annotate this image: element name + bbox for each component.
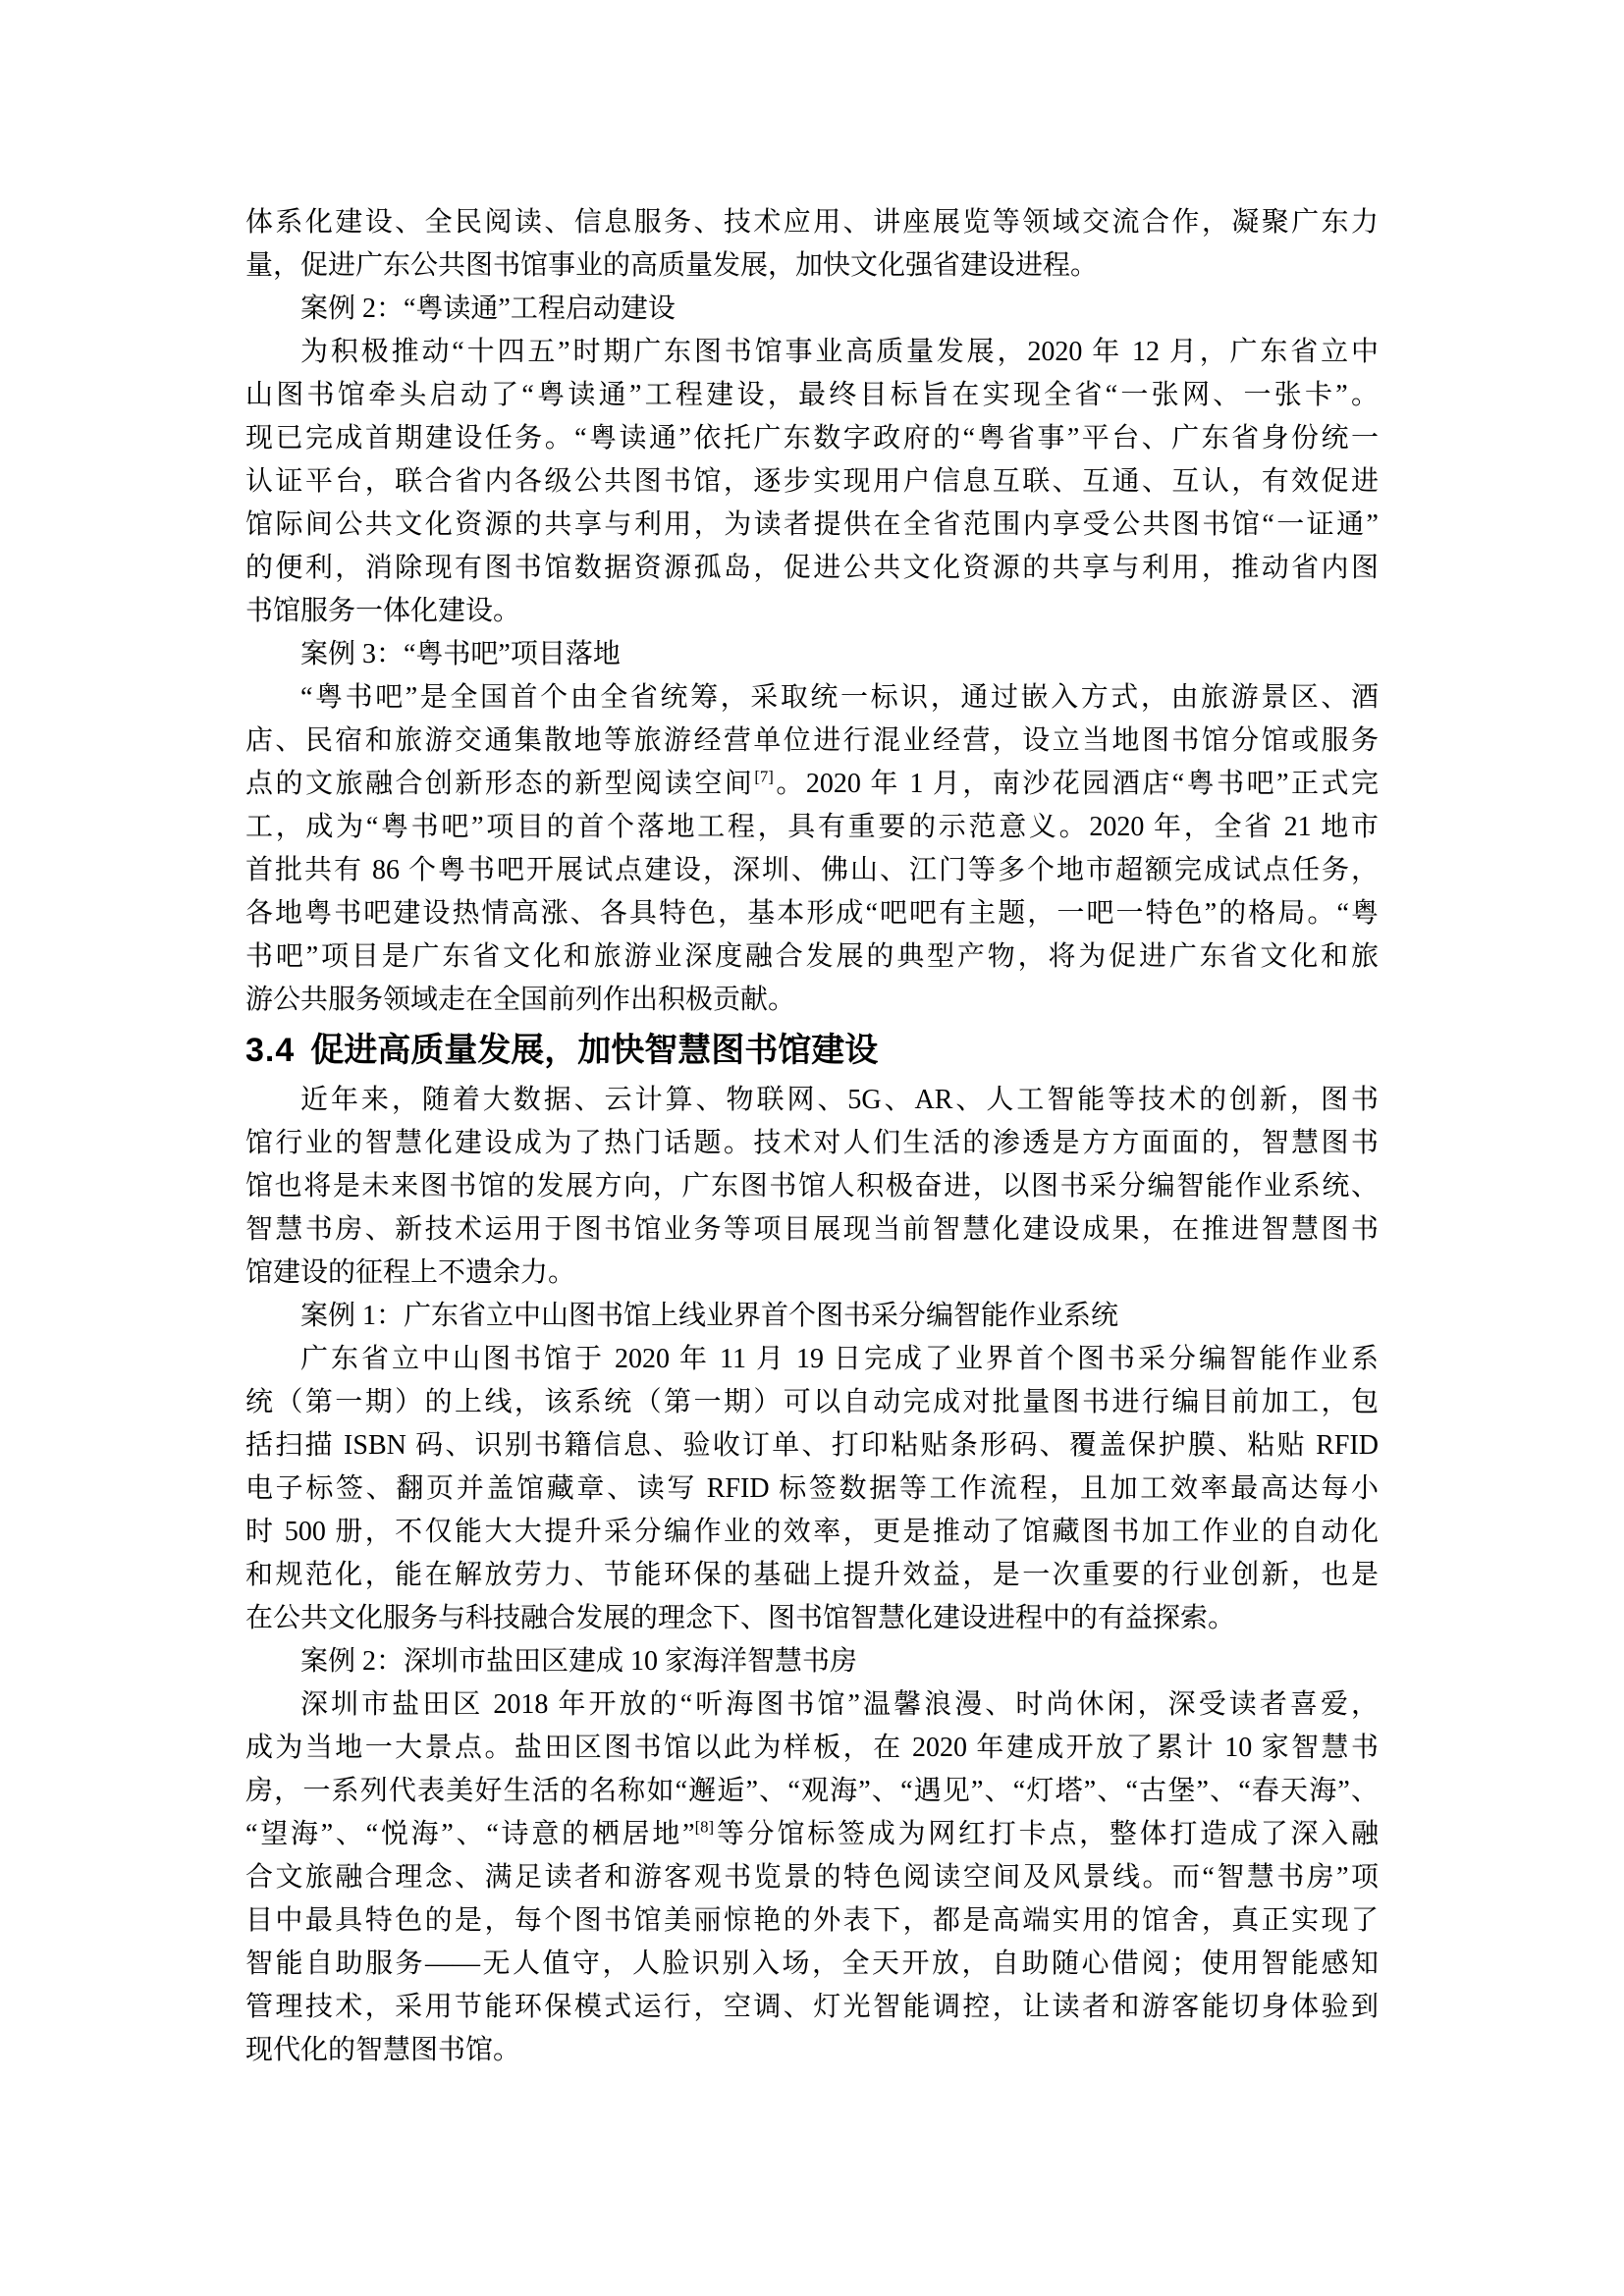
text-segment: 点的文旅融合创新形态的新型阅读空间 xyxy=(245,769,754,799)
text-line: 成为当地一大景点。盐田区图书馆以此为样板，在 2020 年建成开放了累计 10 … xyxy=(245,1727,1379,1770)
section-number: 3.4 xyxy=(245,1032,295,1069)
text-line: 认证平台，联合省内各级公共图书馆，逐步实现用户信息互联、互通、互认，有效促进 xyxy=(245,460,1379,504)
text-line: 统（第一期）的上线，该系统（第一期）可以自动完成对批量图书进行编目前加工，包 xyxy=(245,1381,1379,1424)
text-line: 馆建设的征程上不遗余力。 xyxy=(245,1252,1379,1295)
text-line: 店、民宿和旅游交通集散地等旅游经营单位进行混业经营，设立当地图书馆分馆或服务 xyxy=(245,720,1379,763)
footnote-ref-7: [7] xyxy=(754,768,774,786)
text-line: 智能自助服务——无人值守，人脸识别入场，全天开放，自助随心借阅；使用智能感知 xyxy=(245,1943,1379,1986)
section-heading: 3.4促进高质量发展，加快智慧图书馆建设 xyxy=(245,1022,1379,1079)
text-line: 量，促进广东公共图书馆事业的高质量发展，加快文化强省建设进程。 xyxy=(245,244,1379,288)
case-title: 案例 2：“粤读通”工程启动建设 xyxy=(245,288,1379,331)
text-line: 为积极推动“十四五”时期广东图书馆事业高质量发展，2020 年 12 月，广东省… xyxy=(245,331,1379,374)
text-line: 广东省立中山图书馆于 2020 年 11 月 19 日完成了业界首个图书采分编智… xyxy=(245,1338,1379,1381)
document-page: { "page": { "background": "#ffffff", "te… xyxy=(0,0,1624,2296)
text-segment: 等分馆标签成为网红打卡点，整体打造成了深入融 xyxy=(714,1819,1379,1849)
text-line: 馆际间公共文化资源的共享与利用，为读者提供在全省范围内享受公共图书馆“一证通” xyxy=(245,504,1379,547)
section-title: 促进高质量发展，加快智慧图书馆建设 xyxy=(310,1032,878,1069)
text-line: 书馆服务一体化建设。 xyxy=(245,590,1379,633)
text-line: 时 500 册，不仅能大大提升采分编作业的效率，更是推动了馆藏图书加工作业的自动… xyxy=(245,1511,1379,1554)
text-segment: “望海”、“悦海”、“诗意的栖居地” xyxy=(245,1819,695,1849)
case-title: 案例 1：广东省立中山图书馆上线业界首个图书采分编智能作业系统 xyxy=(245,1295,1379,1338)
text-line: 电子标签、翻页并盖馆藏章、读写 RFID 标签数据等工作流程，且加工效率最高达每… xyxy=(245,1468,1379,1511)
text-line: 智慧书房、新技术运用于图书馆业务等项目展现当前智慧化建设成果，在推进智慧图书 xyxy=(245,1208,1379,1252)
text-line: 在公共文化服务与科技融合发展的理念下、图书馆智慧化建设进程中的有益探索。 xyxy=(245,1597,1379,1640)
text-line: 书吧”项目是广东省文化和旅游业深度融合发展的典型产物，将为促进广东省文化和旅 xyxy=(245,935,1379,979)
text-line: “粤书吧”是全国首个由全省统筹，采取统一标识，通过嵌入方式，由旅游景区、酒 xyxy=(245,676,1379,720)
case-title: 案例 3：“粤书吧”项目落地 xyxy=(245,633,1379,676)
text-line: 游公共服务领域走在全国前列作出积极贡献。 xyxy=(245,979,1379,1022)
text-line: 点的文旅融合创新形态的新型阅读空间[7]。2020 年 1 月，南沙花园酒店“粤… xyxy=(245,763,1379,806)
text-line: 馆也将是未来图书馆的发展方向，广东图书馆人积极奋进，以图书采分编智能作业系统、 xyxy=(245,1165,1379,1208)
text-line: 括扫描 ISBN 码、识别书籍信息、验收订单、打印粘贴条形码、覆盖保护膜、粘贴 … xyxy=(245,1424,1379,1468)
text-line: 的便利，消除现有图书馆数据资源孤岛，促进公共文化资源的共享与利用，推动省内图 xyxy=(245,547,1379,590)
text-line: 合文旅融合理念、满足读者和游客观书览景的特色阅读空间及风景线。而“智慧书房”项 xyxy=(245,1856,1379,1899)
text-line: 各地粤书吧建设热情高涨、各具特色，基本形成“吧吧有主题，一吧一特色”的格局。“粤 xyxy=(245,892,1379,935)
text-line: 深圳市盐田区 2018 年开放的“听海图书馆”温馨浪漫、时尚休闲，深受读者喜爱， xyxy=(245,1683,1379,1727)
text-line: 现已完成首期建设任务。“粤读通”依托广东数字政府的“粤省事”平台、广东省身份统一 xyxy=(245,417,1379,460)
footnote-ref-8: [8] xyxy=(695,1818,715,1837)
page-body: 体系化建设、全民阅读、信息服务、技术应用、讲座展览等领域交流合作，凝聚广东力 量… xyxy=(0,0,1624,2296)
text-line: 体系化建设、全民阅读、信息服务、技术应用、讲座展览等领域交流合作，凝聚广东力 xyxy=(245,201,1379,244)
text-segment: 。2020 年 1 月，南沙花园酒店“粤书吧”正式完 xyxy=(774,769,1379,799)
text-line: 山图书馆牵头启动了“粤读通”工程建设，最终目标旨在实现全省“一张网、一张卡”。 xyxy=(245,374,1379,417)
text-line: 首批共有 86 个粤书吧开展试点建设，深圳、佛山、江门等多个地市超额完成试点任务… xyxy=(245,849,1379,892)
text-line: 工，成为“粤书吧”项目的首个落地工程，具有重要的示范意义。2020 年，全省 2… xyxy=(245,806,1379,849)
text-line: “望海”、“悦海”、“诗意的栖居地”[8]等分馆标签成为网红打卡点，整体打造成了… xyxy=(245,1813,1379,1856)
text-line: 目中最具特色的是，每个图书馆美丽惊艳的外表下，都是高端实用的馆舍，真正实现了 xyxy=(245,1899,1379,1943)
text-line: 和规范化，能在解放劳力、节能环保的基础上提升效益，是一次重要的行业创新，也是 xyxy=(245,1554,1379,1597)
text-line: 馆行业的智慧化建设成为了热门话题。技术对人们生活的渗透是方方面面的，智慧图书 xyxy=(245,1122,1379,1165)
text-line: 房，一系列代表美好生活的名称如“邂逅”、“观海”、“遇见”、“灯塔”、“古堡”、… xyxy=(245,1770,1379,1813)
text-line: 现代化的智慧图书馆。 xyxy=(245,2029,1379,2072)
case-title: 案例 2：深圳市盐田区建成 10 家海洋智慧书房 xyxy=(245,1640,1379,1683)
text-line: 管理技术，采用节能环保模式运行，空调、灯光智能调控，让读者和游客能切身体验到 xyxy=(245,1986,1379,2029)
text-line: 近年来，随着大数据、云计算、物联网、5G、AR、人工智能等技术的创新，图书 xyxy=(245,1079,1379,1122)
